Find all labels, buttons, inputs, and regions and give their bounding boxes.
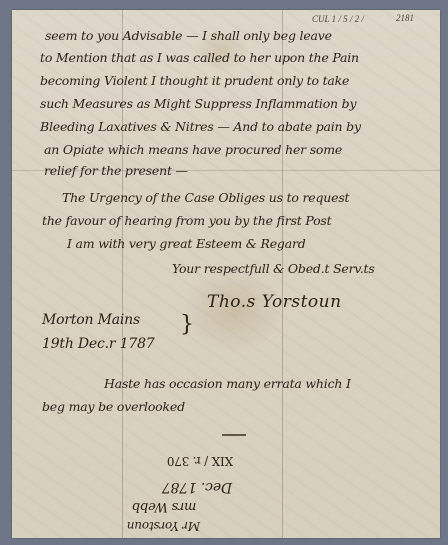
endorsement-sender: Mr Yorstoun [127, 520, 200, 532]
closing-line-1: I am with very great Esteem & Regard [67, 238, 306, 251]
letter-date: 19th Dec.r 1787 [42, 337, 154, 351]
body-line-1: seem to you Advisable — I shall only beg… [45, 30, 332, 43]
dash-mark [222, 434, 246, 436]
endorsement-ref: XIX / r. 370 [167, 455, 233, 467]
closing-line-2: Your respectfull & Obed.t Serv.ts [172, 263, 375, 276]
body-line-2: to Mention that as I was called to her u… [40, 52, 359, 65]
body-line-5: Bleeding Laxatives & Nitres — And to aba… [40, 121, 361, 134]
paragraph2-line-2: the favour of hearing from you by the fi… [42, 215, 331, 228]
paragraph2-line-1: The Urgency of the Case Obliges us to re… [62, 192, 349, 205]
body-line-4: such Measures as Might Suppress Inflamma… [40, 98, 356, 111]
place-name: Morton Mains [42, 313, 140, 327]
brace-mark: } [180, 314, 194, 336]
postscript-line-2: beg may be overlooked [42, 401, 185, 414]
signature: Tho.s Yorstoun [207, 294, 342, 311]
catalog-number: 2181 [396, 13, 414, 23]
endorsement-date: Dec. 1787 [162, 480, 232, 494]
letter-page: CUL 1 / 5 / 2 / 2181 seem to you Advisab… [12, 10, 440, 538]
body-line-6: an Opiate which means have procured her … [44, 144, 342, 157]
body-line-3: becoming Violent I thought it prudent on… [40, 75, 349, 88]
postscript-line-1: Haste has occasion many errata which I [104, 378, 351, 391]
endorsement-recipient: mrs Webb [132, 500, 196, 513]
body-line-7: relief for the present — [44, 165, 188, 178]
fold-line-left [122, 10, 123, 538]
catalog-shelfmark: CUL 1 / 5 / 2 / [312, 14, 364, 24]
